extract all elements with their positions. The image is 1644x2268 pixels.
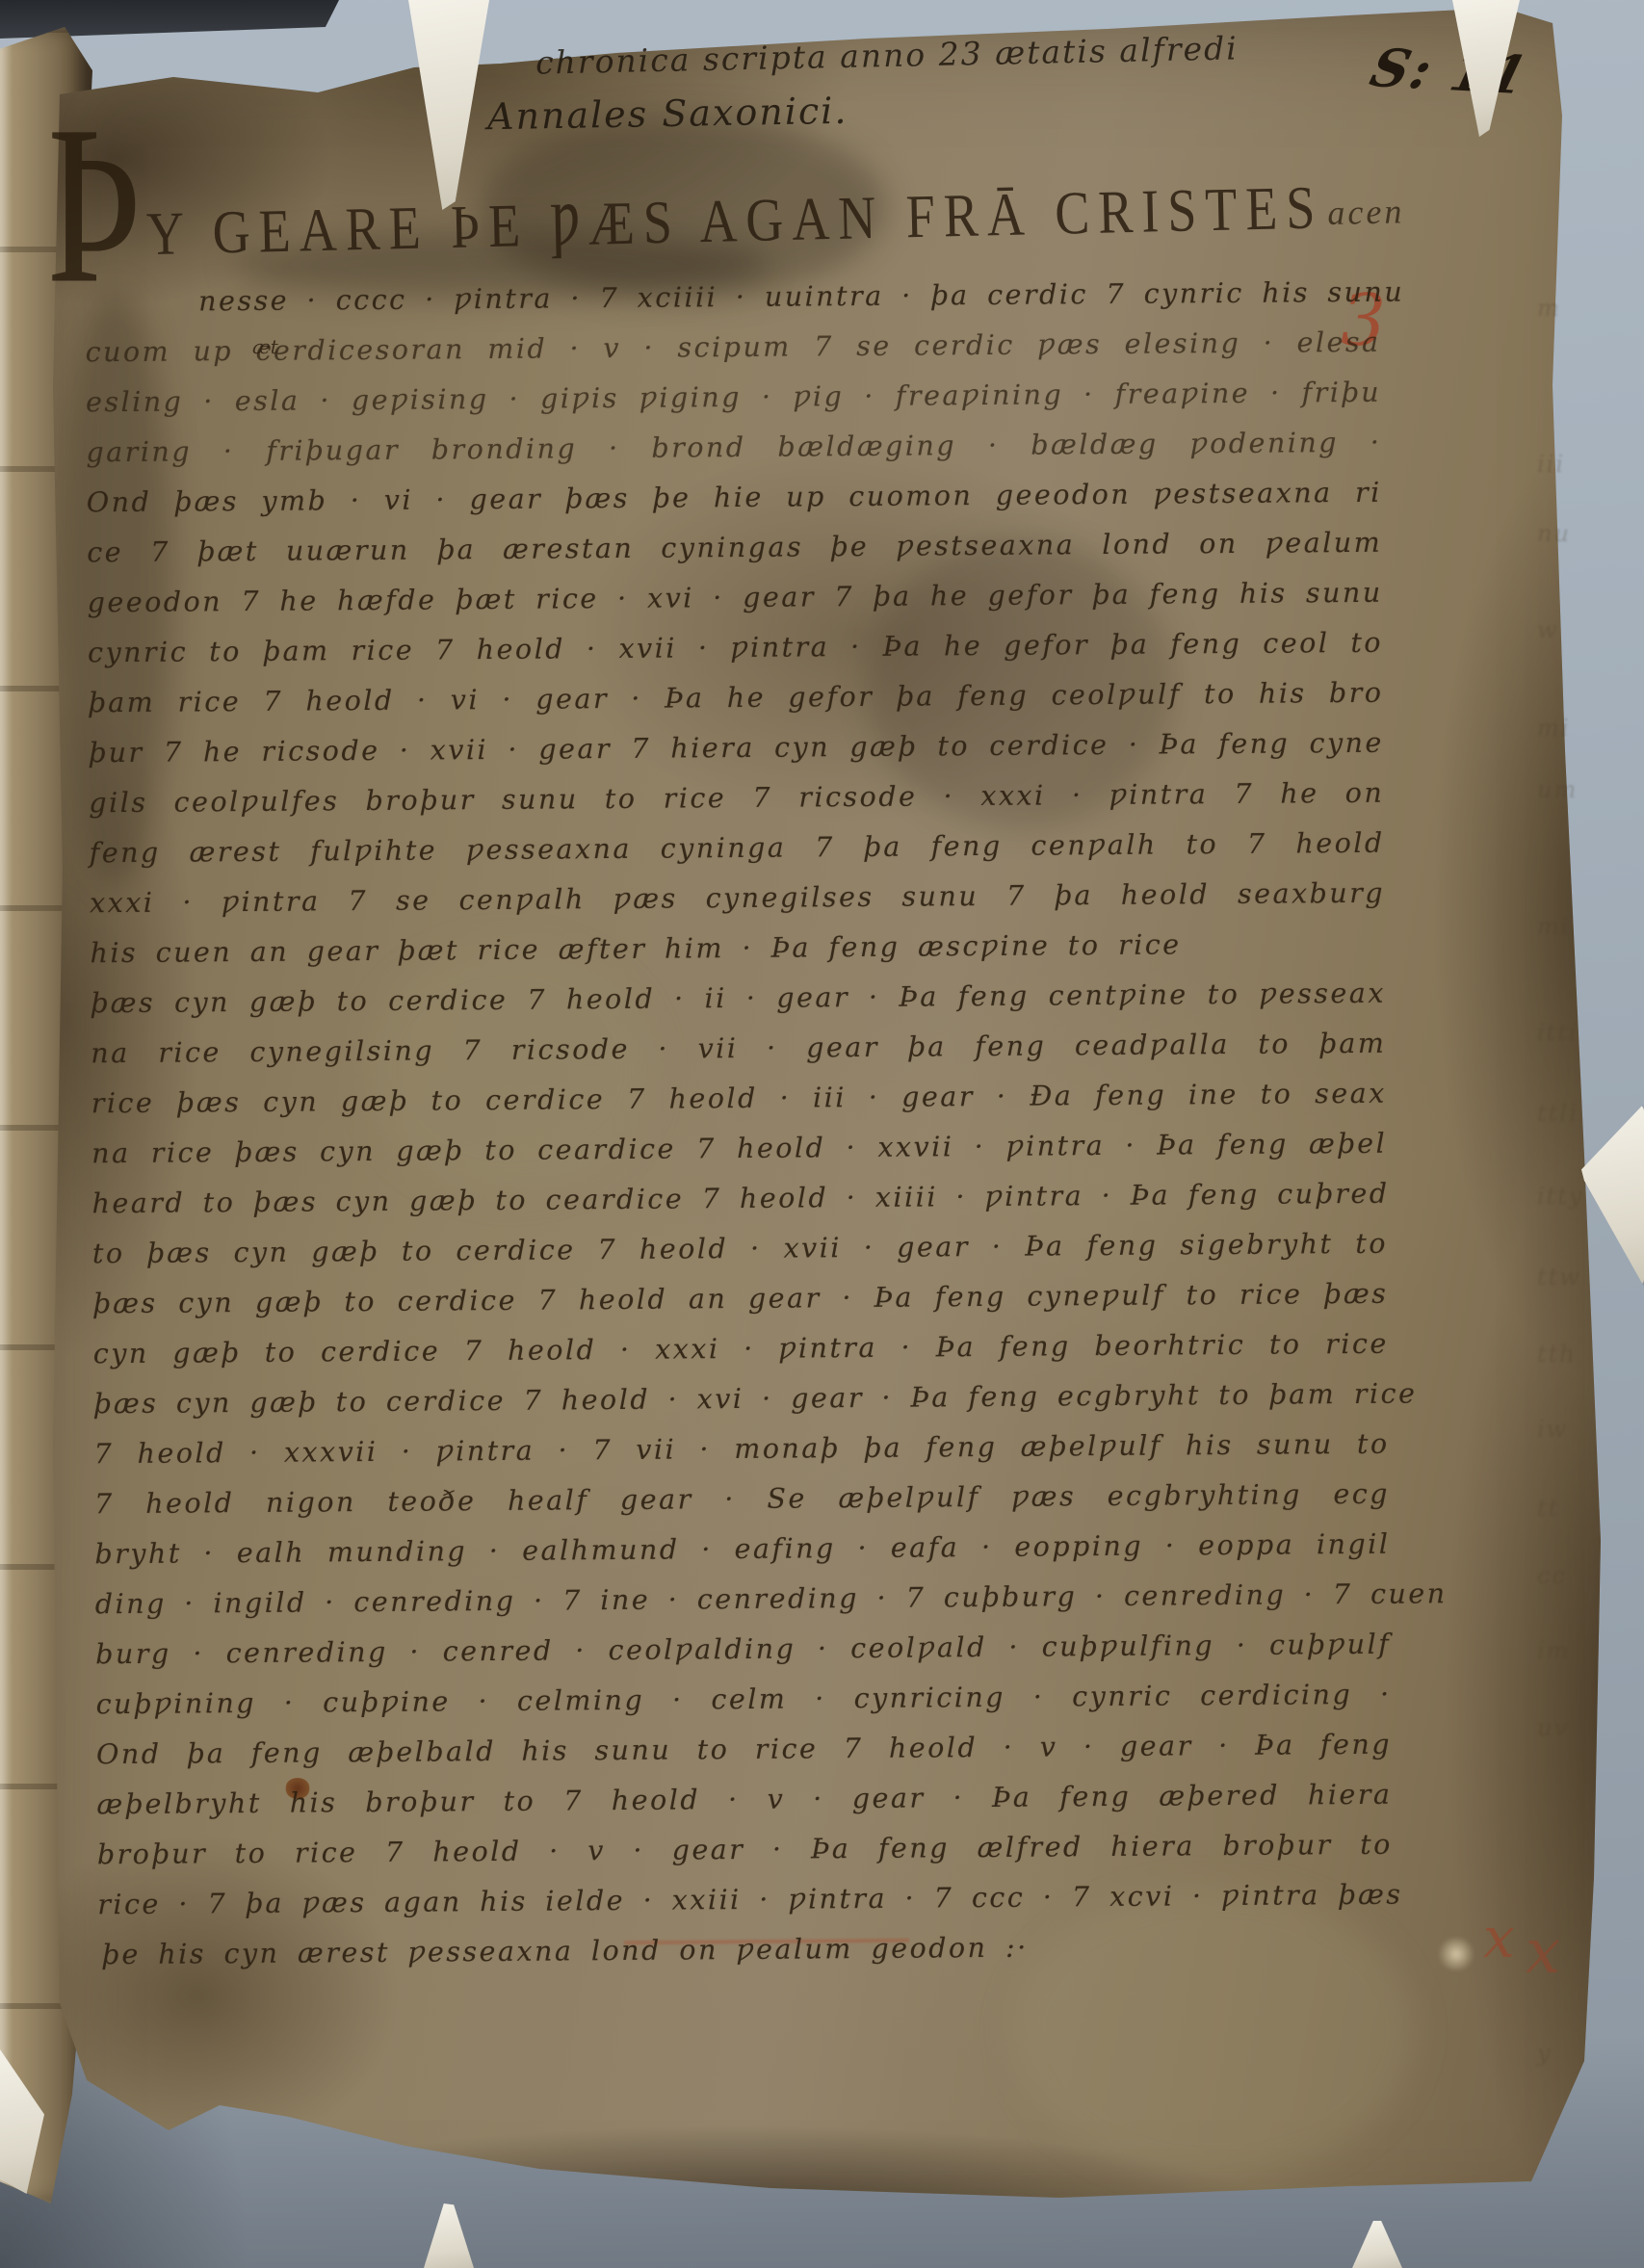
manuscript-line: garing · friþugar bronding · brond bældæ… bbox=[86, 427, 1381, 487]
latin-annotation-annales: Annales Saxonici. bbox=[487, 90, 848, 139]
margin-ghost-mark: ttli bbox=[1537, 1100, 1579, 1127]
margin-ghost-mark: m bbox=[1537, 295, 1561, 322]
heading-tail: acen bbox=[1327, 192, 1405, 232]
margin-ghost-mark: y bbox=[1537, 2040, 1553, 2067]
margin-ghost-mark: iii bbox=[1537, 451, 1565, 478]
margin-ghost-mark: itti bbox=[1537, 1019, 1579, 1046]
margin-ghost-mark: um bbox=[1537, 776, 1578, 803]
shelfmark-label: S: 11 bbox=[1365, 37, 1536, 106]
margin-ghost-mark: mi bbox=[1537, 913, 1570, 940]
margin-ghost-mark: cc bbox=[1537, 1562, 1567, 1589]
manuscript-photo: chronica scripta anno 23 ætatis alfredi … bbox=[0, 0, 1644, 2268]
margin-ghost-mark: w bbox=[1537, 616, 1559, 643]
margin-ghost-mark: tth bbox=[1537, 1341, 1577, 1368]
margin-ghost-mark: nu bbox=[1537, 520, 1571, 547]
interlinear-insertion: æt bbox=[252, 335, 278, 358]
margin-ghost-mark: im bbox=[1537, 1637, 1570, 1664]
margin-ghost-mark: tt bbox=[1537, 1495, 1559, 1522]
red-ink-mark: x bbox=[1483, 1905, 1515, 1970]
margin-ghost-mark: itty bbox=[1537, 1183, 1584, 1210]
red-ink-mark: x bbox=[1526, 1916, 1560, 1988]
manuscript-line: þe his cyn ærest ƿesseaxna lond on ƿealu… bbox=[98, 1929, 1394, 1990]
margin-ghost-mark: uv bbox=[1537, 1714, 1569, 1741]
margin-ghost-mark: ttw bbox=[1537, 1264, 1581, 1290]
parchment-hole bbox=[1437, 1938, 1475, 1970]
margin-ghost-mark: iw bbox=[1537, 1416, 1568, 1443]
margin-ghost-mark: mi bbox=[1537, 715, 1570, 742]
manuscript-text-block: nesse · cccc · ƿintra · 7 xciiii · uuint… bbox=[85, 276, 1394, 1990]
